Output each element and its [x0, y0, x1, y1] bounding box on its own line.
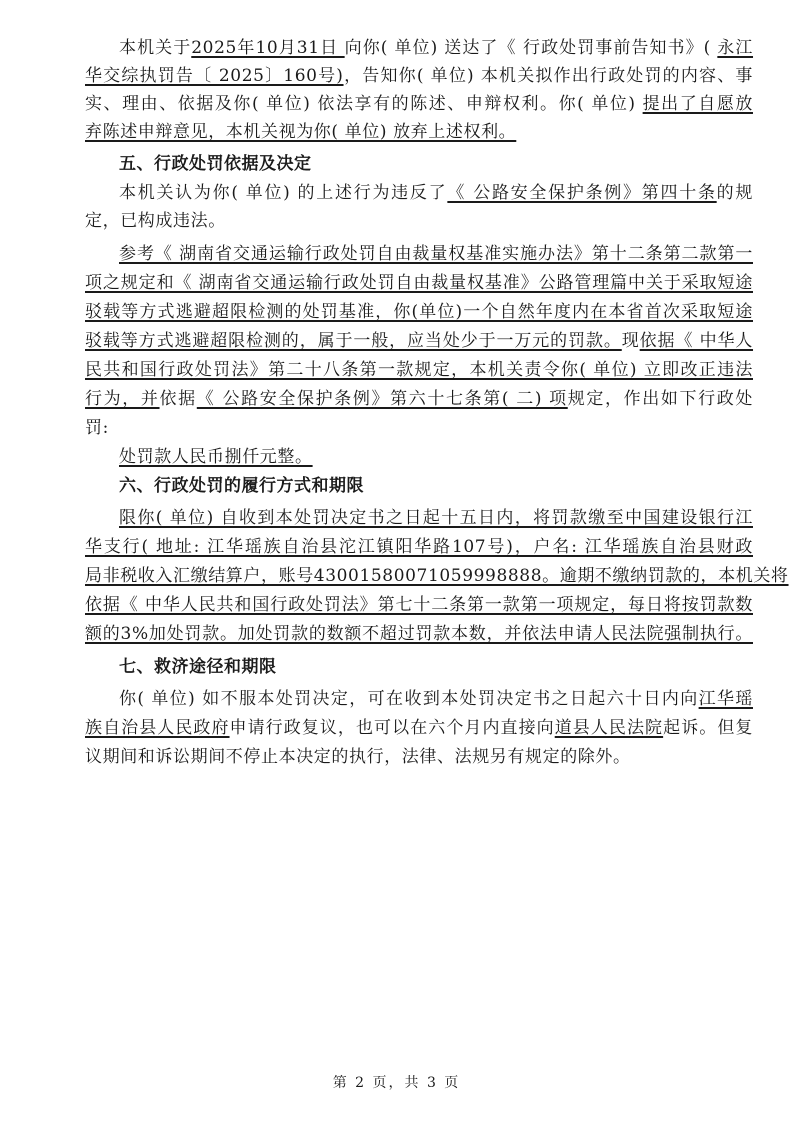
paragraph-line: 罚:	[85, 415, 753, 441]
text-run: 你( 单位) 如不服本处罚决定，可在收到本处罚决定书之日起六十日内向	[119, 689, 699, 709]
underlined-text: 参考《 湖南省交通运输行政处罚自由裁量权基准实施办法》第十二条第二款第一	[119, 244, 753, 264]
underlined-text: 行为，并	[85, 389, 160, 409]
paragraph-line: 参考《 湖南省交通运输行政处罚自由裁量权基准实施办法》第十二条第二款第一	[119, 241, 753, 267]
underlined-text: 限你( 单位) 自收到本处罚决定书之日起十五日内，将罚款缴至中国建设银行江	[119, 508, 753, 528]
text-run: 依据	[160, 389, 197, 409]
paragraph-line: 行为，并依据《 公路安全保护条例》第六十七条第( 二) 项规定，作出如下行政处	[85, 386, 753, 412]
underlined-text: 依据《 中华人民共和国行政处罚法》第七十二条第一款第一项规定，每日将按罚款数	[85, 595, 753, 615]
text-run: 现	[622, 331, 640, 351]
underlined-text: 2025年10月31日	[191, 38, 344, 58]
paragraph-line: 你( 单位) 如不服本处罚决定，可在收到本处罚决定书之日起六十日内向江华瑶	[119, 686, 753, 712]
document-page: 本机关于2025年10月31日 向你( 单位) 送达了《 行政处罚事前告知书》(…	[0, 0, 793, 1122]
paragraph-line: 项之规定和《 湖南省交通运输行政处罚自由裁量权基准》公路管理篇中关于采取短途	[85, 270, 753, 296]
paragraph-line: 依据《 中华人民共和国行政处罚法》第七十二条第一款第一项规定，每日将按罚款数	[85, 592, 753, 618]
paragraph-line: 华支行( 地址: 江华瑶族自治县沱江镇阳华路107号)，户名: 江华瑶族自治县财…	[85, 534, 753, 560]
text-run: 实、理由、依据及你( 单位) 依法享有的陈述、申辩权利。你( 单位)	[85, 94, 643, 114]
text-run: 规定，作出如下行政处	[568, 389, 753, 409]
paragraph-line: 议期间和诉讼期间不停止本决定的执行，法律、法规另有规定的除外。	[85, 744, 753, 770]
text-run: ，告知你( 单位) 本机关拟作出行政处罚的内容、事	[344, 66, 753, 86]
paragraph-line: 额的3%加处罚款。加处罚款的数额不超过罚款本数，并依法申请人民法院强制执行。	[85, 621, 753, 647]
underlined-text: 项之规定和《 湖南省交通运输行政处罚自由裁量权基准》公路管理篇中关于采取短途	[85, 273, 753, 293]
paragraph-line: 驳载等方式逃避超限检测的处罚基准，你(单位)一个自然年度内在本省首次采取短途	[85, 299, 753, 325]
underlined-text: 《 公路安全保护条例》第四十条	[447, 183, 716, 203]
underlined-text: 道县人民法院	[555, 718, 663, 738]
section-heading-6: 六、行政处罚的履行方式和期限	[119, 473, 753, 499]
paragraph-line: 族自治县人民政府申请行政复议，也可以在六个月内直接向道县人民法院起诉。但复	[85, 715, 753, 741]
paragraph-line: 局非税收入汇缴结算户，账号43001580071059998888。逾期不缴纳罚…	[85, 563, 753, 589]
underlined-text: 提出了自愿放	[643, 94, 753, 114]
paragraph-line: 实、理由、依据及你( 单位) 依法享有的陈述、申辩权利。你( 单位) 提出了自愿…	[85, 91, 753, 117]
underlined-text: 驳载等方式逃避超限检测的，属于一般，应当处少于一万元的罚款。	[85, 331, 622, 351]
text-run: 向你( 单位) 送达了《 行政处罚事前告知书》(	[345, 38, 718, 58]
underlined-text: 江华瑶	[699, 689, 753, 709]
section-heading-5: 五、行政处罚依据及决定	[119, 151, 753, 177]
underlined-text: 驳载等方式逃避超限检测的处罚基准，你(单位)一个自然年度内在本省首次采取短途	[85, 302, 753, 322]
penalty-amount-line: 处罚款人民币捌仟元整。	[119, 444, 753, 470]
paragraph-line: 弃陈述申辩意见，本机关视为你( 单位) 放弃上述权利。	[85, 119, 753, 145]
text-run: 议期间和诉讼期间不停止本决定的执行，法律、法规另有规定的除外。	[85, 747, 631, 767]
paragraph-line: 本机关认为你( 单位) 的上述行为违反了《 公路安全保护条例》第四十条的规	[119, 180, 753, 206]
text-run: 的规	[717, 183, 753, 203]
underlined-text: 族自治县人民政府	[85, 718, 230, 738]
section-heading-7: 七、救济途径和期限	[119, 654, 753, 680]
underlined-text: 永江	[717, 38, 753, 58]
underlined-text: 民共和国行政处罚法》第二十八条第一款规定，本机关责令你( 单位) 立即改正违法	[85, 360, 753, 380]
underlined-text: 额的3%加处罚款。加处罚款的数额不超过罚款本数，并依法申请人民法院强制执行。	[85, 624, 753, 644]
paragraph-line: 驳载等方式逃避超限检测的，属于一般，应当处少于一万元的罚款。现依据《 中华人	[85, 328, 753, 354]
underlined-text: 华交综执罚告〔 2025〕160号)	[85, 66, 344, 86]
page-number-footer: 第 2 页，共 3 页	[0, 1072, 793, 1092]
underlined-text: 局非税收入汇缴结算户，账号43001580071059998888。逾期不缴纳罚…	[85, 566, 789, 586]
paragraph-line: 华交综执罚告〔 2025〕160号)，告知你( 单位) 本机关拟作出行政处罚的内…	[85, 63, 753, 89]
paragraph-line: 定，已构成违法。	[85, 208, 753, 234]
paragraph-line: 民共和国行政处罚法》第二十八条第一款规定，本机关责令你( 单位) 立即改正违法	[85, 357, 753, 383]
text-run: 罚:	[85, 418, 109, 438]
underlined-text: 弃陈述申辩意见，本机关视为你( 单位) 放弃上述权利。	[85, 122, 516, 142]
paragraph-line: 限你( 单位) 自收到本处罚决定书之日起十五日内，将罚款缴至中国建设银行江	[119, 505, 753, 531]
text-run: 本机关于	[119, 38, 191, 58]
underlined-text: 《 公路安全保护条例》第六十七条第( 二) 项	[197, 389, 568, 409]
text-run: 申请行政复议，也可以在六个月内直接向	[230, 718, 555, 738]
underlined-text: 华支行( 地址: 江华瑶族自治县沱江镇阳华路107号)，户名: 江华瑶族自治县财…	[85, 537, 753, 557]
underlined-text: 处罚款人民币捌仟元整。	[119, 447, 313, 467]
underlined-text: 依据《 中华人	[640, 331, 753, 351]
text-run: 本机关认为你( 单位) 的上述行为违反了	[119, 183, 447, 203]
text-run: 起诉。但复	[663, 718, 753, 738]
paragraph-line: 本机关于2025年10月31日 向你( 单位) 送达了《 行政处罚事前告知书》(…	[119, 35, 753, 61]
text-run: 定，已构成违法。	[85, 211, 226, 231]
